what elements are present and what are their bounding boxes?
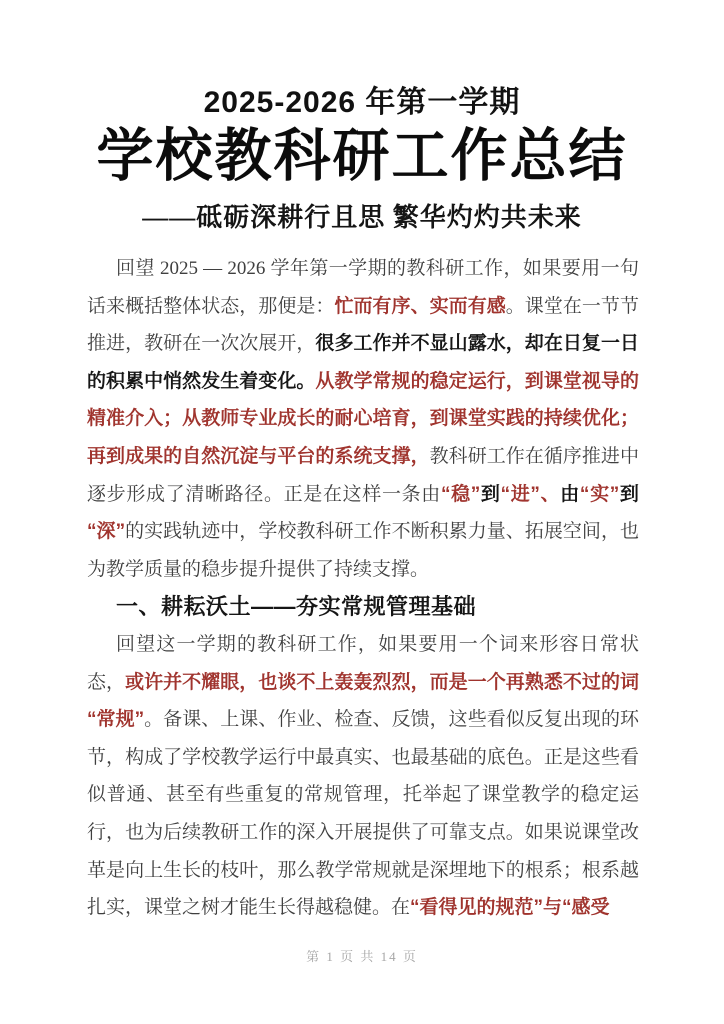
text-run: “进”、 — [501, 484, 561, 505]
page-number-label: 第 1 页 共 14 页 — [306, 949, 418, 964]
document-page: 2025-2026 年第一学期 学校教科研工作总结 ——砥砺深耕行且思 繁华灼灼… — [0, 0, 724, 1024]
text-run: “看得见的规范”与“感受 — [410, 897, 610, 918]
section-heading: 一、耕耘沃土——夯实常规管理基础 — [87, 588, 639, 626]
section-paragraph: 回望这一学期的教科研工作，如果要用一个词来形容日常状态，或许并不耀眼，也谈不上轰… — [87, 626, 639, 927]
text-run: 的实践轨迹中，学校教科研工作不断积累力量、拓展空间，也为教学质量的稳步提升提供了… — [87, 521, 639, 580]
text-run: “实” — [580, 484, 619, 505]
text-run: “深” — [87, 521, 125, 542]
text-run: 到 — [619, 484, 639, 505]
page-footer: 第 1 页 共 14 页 — [0, 948, 724, 966]
document-body: 回望 2025 — 2026 学年第一学期的教科研工作，如果要用一句话来概括整体… — [0, 250, 724, 927]
text-run: 。备课、上课、作业、检查、反馈，这些看似反复出现的环节，构成了学校教学运行中最真… — [87, 709, 639, 918]
text-run: “稳” — [441, 484, 480, 505]
subtitle: ——砥砺深耕行且思 繁华灼灼共未来 — [44, 203, 680, 233]
semester-title: 2025-2026 年第一学期 — [44, 86, 680, 120]
text-run: 由 — [560, 484, 580, 505]
text-run: 到 — [480, 484, 500, 505]
text-run: 忙而有序、实而有感 — [334, 296, 505, 317]
document-header: 2025-2026 年第一学期 学校教科研工作总结 ——砥砺深耕行且思 繁华灼灼… — [0, 0, 724, 233]
intro-paragraph: 回望 2025 — 2026 学年第一学期的教科研工作，如果要用一句话来概括整体… — [87, 250, 639, 588]
main-title: 学校教科研工作总结 — [44, 122, 680, 190]
